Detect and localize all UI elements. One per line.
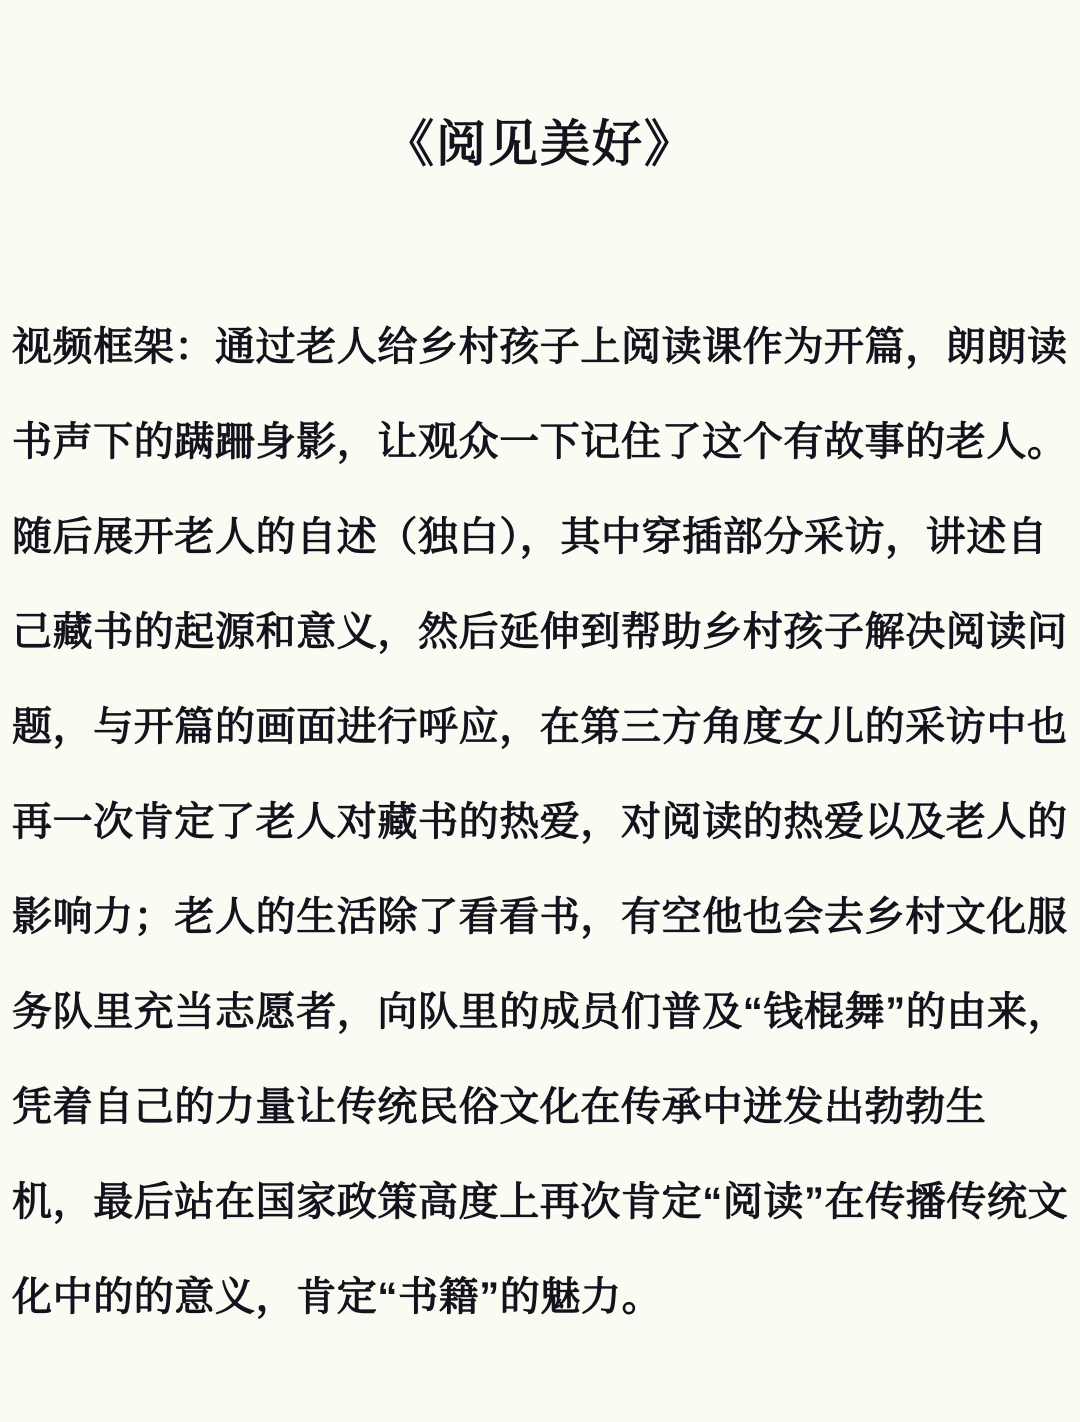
paragraph-line: 题，与开篇的画面进行呼应，在第三方角度女儿的采访中也 <box>12 680 1070 775</box>
paragraph-line: 再一次肯定了老人对藏书的热爱，对阅读的热爱以及老人的 <box>12 775 1070 870</box>
paragraph-line: 凭着自己的力量让传统民俗文化在传承中迸发出勃勃生 <box>12 1060 1070 1155</box>
paragraph-line: 视频框架：通过老人给乡村孩子上阅读课作为开篇，朗朗读 <box>12 300 1070 395</box>
document-page: 《阅见美好》 视频框架：通过老人给乡村孩子上阅读课作为开篇，朗朗读 书声下的蹒跚… <box>0 0 1080 1422</box>
body-paragraph: 视频框架：通过老人给乡村孩子上阅读课作为开篇，朗朗读 书声下的蹒跚身影，让观众一… <box>0 300 1080 1345</box>
paragraph-line: 务队里充当志愿者，向队里的成员们普及“钱棍舞”的由来， <box>12 965 1070 1060</box>
paragraph-line: 机，最后站在国家政策高度上再次肯定“阅读”在传播传统文 <box>12 1155 1070 1250</box>
page-title: 《阅见美好》 <box>0 0 1080 176</box>
paragraph-line: 影响力；老人的生活除了看看书，有空他也会去乡村文化服 <box>12 870 1070 965</box>
paragraph-line: 书声下的蹒跚身影，让观众一下记住了这个有故事的老人。 <box>12 395 1070 490</box>
paragraph-line: 己藏书的起源和意义，然后延伸到帮助乡村孩子解决阅读问 <box>12 585 1070 680</box>
paragraph-line: 随后展开老人的自述（独白），其中穿插部分采访，讲述自 <box>12 490 1070 585</box>
paragraph-line: 化中的的意义，肯定“书籍”的魅力。 <box>12 1250 1070 1345</box>
